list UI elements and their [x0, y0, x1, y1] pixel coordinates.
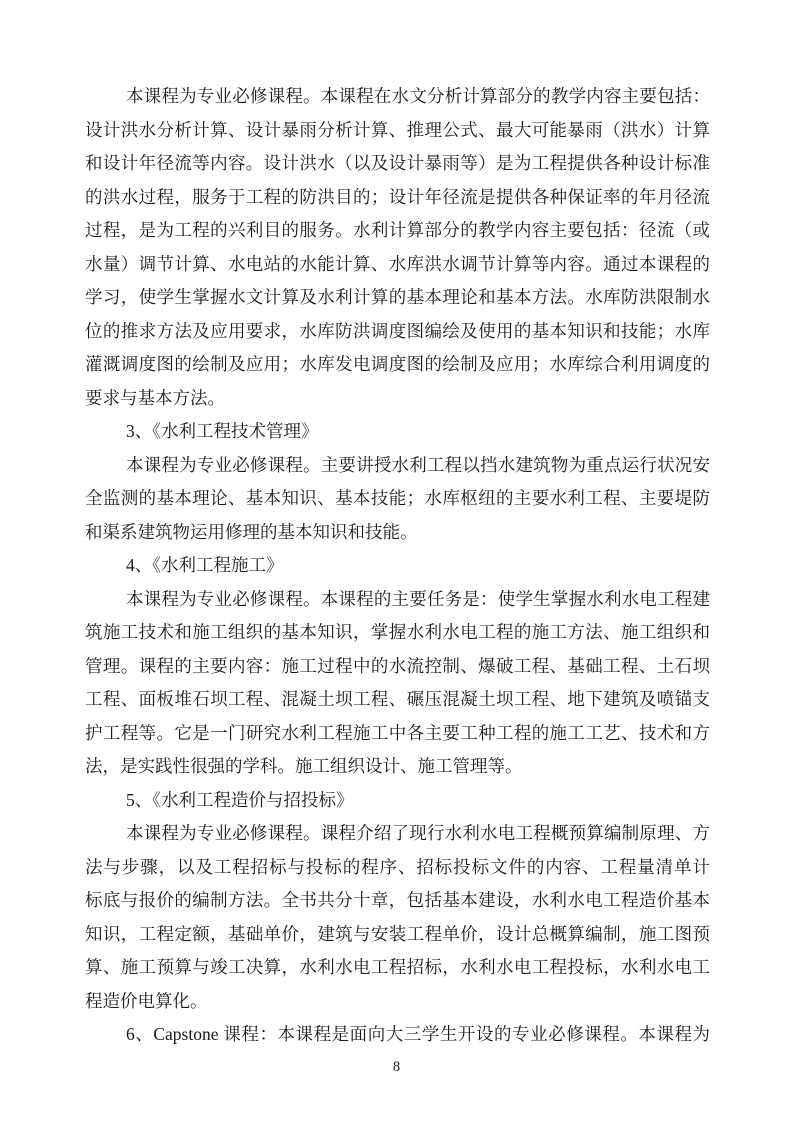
page-number: 8 — [0, 1057, 793, 1077]
text-line: 和渠系建筑物运用修理的基本知识和技能。 — [85, 516, 710, 550]
text-line: 位的推求方法及应用要求，水库防洪调度图编绘及使用的基本知识和技能；水库 — [85, 315, 710, 349]
text-line: 学习，使学生掌握水文计算及水利计算的基本理论和基本方法。水库防洪限制水 — [85, 281, 710, 315]
text-line: 本课程为专业必修课程。本课程的主要任务是：使学生掌握水利水电工程建 — [85, 583, 710, 617]
text-line: 本课程为专业必修课程。课程介绍了现行水利水电工程概预算编制原理、方 — [85, 817, 710, 851]
text-line: 知识，工程定额，基础单价，建筑与安装工程单价，设计总概算编制，施工图预 — [85, 918, 710, 952]
text-line: 工程、面板堆石坝工程、混凝土坝工程、碾压混凝土坝工程、地下建筑及喷锚支 — [85, 683, 710, 717]
text-line: 的洪水过程，服务于工程的防洪目的；设计年径流是提供各种保证率的年月径流 — [85, 181, 710, 215]
text-line: 6、Capstone 课程：本课程是面向大三学生开设的专业必修课程。本课程为毕 — [85, 1018, 710, 1052]
text-line: 法，是实践性很强的学科。施工组织设计、施工管理等。 — [85, 750, 710, 784]
text-line: 水量）调节计算、水电站的水能计算、水库洪水调节计算等内容。通过本课程的 — [85, 248, 710, 282]
text-line: 和设计年径流等内容。设计洪水（以及设计暴雨等）是为工程提供各种设计标准 — [85, 147, 710, 181]
text-line: 程造价电算化。 — [85, 985, 710, 1019]
text-line: 筑施工技术和施工组织的基本知识，掌握水利水电工程的施工方法、施工组织和 — [85, 616, 710, 650]
section-heading-3: 3、《水利工程技术管理》 — [85, 415, 710, 449]
text-line: 要求与基本方法。 — [85, 382, 710, 416]
document-page: 本课程为专业必修课程。本课程在水文分析计算部分的教学内容主要包括： 设计洪水分析… — [0, 0, 793, 1122]
text-line: 本课程为专业必修课程。主要讲授水利工程以挡水建筑物为重点运行状况安 — [85, 449, 710, 483]
text-line: 法与步骤，以及工程招标与投标的程序、招标投标文件的内容、工程量清单计价、 — [85, 851, 710, 885]
text-line: 护工程等。它是一门研究水利工程施工中各主要工种工程的施工工艺、技术和方 — [85, 717, 710, 751]
text-line: 管理。课程的主要内容：施工过程中的水流控制、爆破工程、基础工程、土石坝 — [85, 650, 710, 684]
text-line: 算、施工预算与竣工决算，水利水电工程招标，水利水电工程投标，水利水电工 — [85, 951, 710, 985]
document-body: 本课程为专业必修课程。本课程在水文分析计算部分的教学内容主要包括： 设计洪水分析… — [85, 80, 710, 1052]
section-heading-5: 5、《水利工程造价与招投标》 — [85, 784, 710, 818]
text-line: 过程，是为工程的兴利目的服务。水利计算部分的教学内容主要包括：径流（或 — [85, 214, 710, 248]
text-line: 本课程为专业必修课程。本课程在水文分析计算部分的教学内容主要包括： — [85, 80, 710, 114]
text-line: 全监测的基本理论、基本知识、基本技能；水库枢纽的主要水利工程、主要堤防 — [85, 482, 710, 516]
section-heading-4: 4、《水利工程施工》 — [85, 549, 710, 583]
text-line: 标底与报价的编制方法。全书共分十章，包括基本建设，水利水电工程造价基本 — [85, 884, 710, 918]
text-line: 灌溉调度图的绘制及应用；水库发电调度图的绘制及应用；水库综合利用调度的 — [85, 348, 710, 382]
text-line: 设计洪水分析计算、设计暴雨分析计算、推理公式、最大可能暴雨（洪水）计算 — [85, 114, 710, 148]
